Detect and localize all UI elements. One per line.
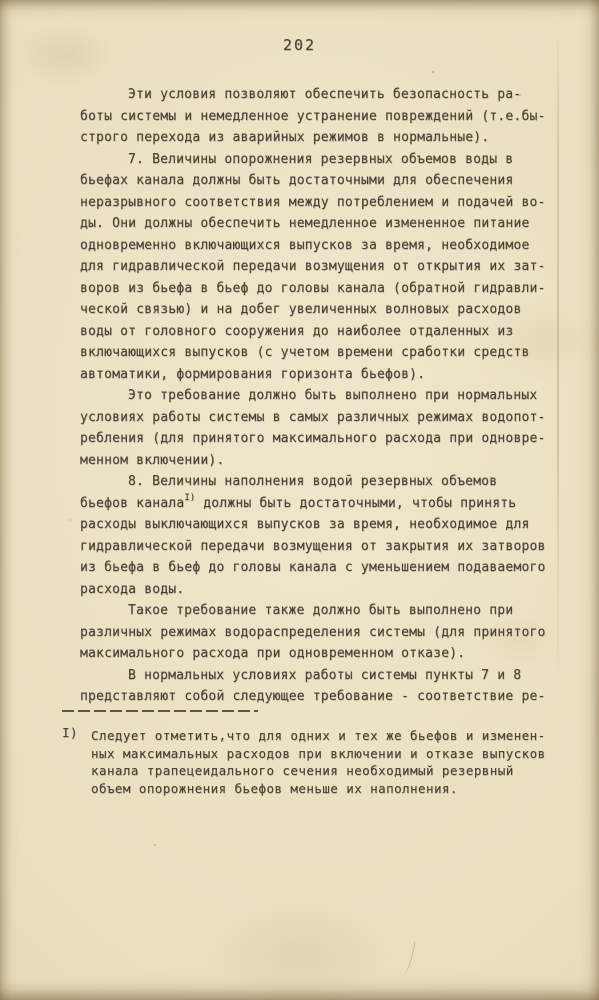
text-line: 8. Величины наполнения водой резервных о… [80, 471, 566, 493]
paper-crease [557, 28, 559, 688]
text-line: ческой связью) и на добег увеличенных во… [80, 299, 566, 321]
text-line: представляют собой следующее требование … [80, 686, 566, 708]
text-line: В нормальных условиях работы системы пун… [80, 665, 566, 687]
text-line: бьефах канала должны быть достаточными д… [80, 170, 566, 192]
text-line: для гидравлической передачи возмущения о… [80, 256, 566, 278]
text-line: Такое требование также должно быть выпол… [80, 600, 566, 622]
text-line: воров из бьефа в бьеф до головы канала (… [80, 278, 566, 300]
text-line: воды от головного сооружения до наиболее… [80, 321, 566, 343]
text-line: ды. Они должны обеспечить немедленное из… [80, 213, 566, 235]
text-line: максимального расхода при одновременном … [80, 643, 566, 665]
text-line: менном включении). [80, 450, 566, 472]
footnote-reference: I) [184, 493, 195, 503]
text-line: Это требование должно быть выполнено при… [80, 385, 566, 407]
footnote-line: объем опорожнения бьефов меньше их напол… [91, 780, 564, 798]
text-line: расхода воды. [80, 579, 566, 601]
text-line: автоматики, формирования горизонта бьефо… [80, 364, 566, 386]
text-line: различных режимах водораспределения сист… [80, 622, 566, 644]
footnote-line: Следует отметить,что для одних и тех же … [91, 727, 564, 745]
text-line: из бьефа в бьеф до головы канала с умень… [80, 557, 566, 579]
scanned-page: 202 Эти условия позволяют обеспечить без… [0, 0, 599, 1000]
main-text-block: Эти условия позволяют обеспечить безопас… [80, 84, 566, 708]
page-number: 202 [0, 36, 599, 54]
text-line: расходы выключающихся выпусков за время,… [80, 514, 566, 536]
text-line: ребления (для принятого максимального ра… [80, 428, 566, 450]
text-line: Эти условия позволяют обеспечить безопас… [80, 84, 566, 106]
text-line: гидравлической передачи возмущения от за… [80, 536, 566, 558]
text-line: строго перехода из аварийных режимов в н… [80, 127, 566, 149]
text-line: 7. Величины опорожнения резервных объемо… [80, 149, 566, 171]
text-line: бьефов каналаI) должны быть достаточными… [80, 493, 566, 515]
footnote-block: I) Следует отметить,что для одних и тех … [62, 727, 564, 797]
text-line: боты системы и немедленное устранение по… [80, 106, 566, 128]
text-line: условиях работы системы в самых различны… [80, 407, 566, 429]
text-line: неразрывного соответствия между потребле… [80, 192, 566, 214]
text-line: одновременно включающихся выпусков за вр… [80, 235, 566, 257]
text-line: включающихся выпусков (с учетом времени … [80, 342, 566, 364]
footnote-line: канала трапецеидального сечения необходи… [91, 762, 564, 780]
footnote-line: ных максимальных расходов при включении … [91, 745, 564, 763]
footnote-text: Следует отметить,что для одних и тех же … [62, 727, 564, 797]
paper-scratch [396, 939, 416, 977]
footnote-separator [62, 710, 258, 712]
footnote-marker: I) [62, 724, 78, 742]
